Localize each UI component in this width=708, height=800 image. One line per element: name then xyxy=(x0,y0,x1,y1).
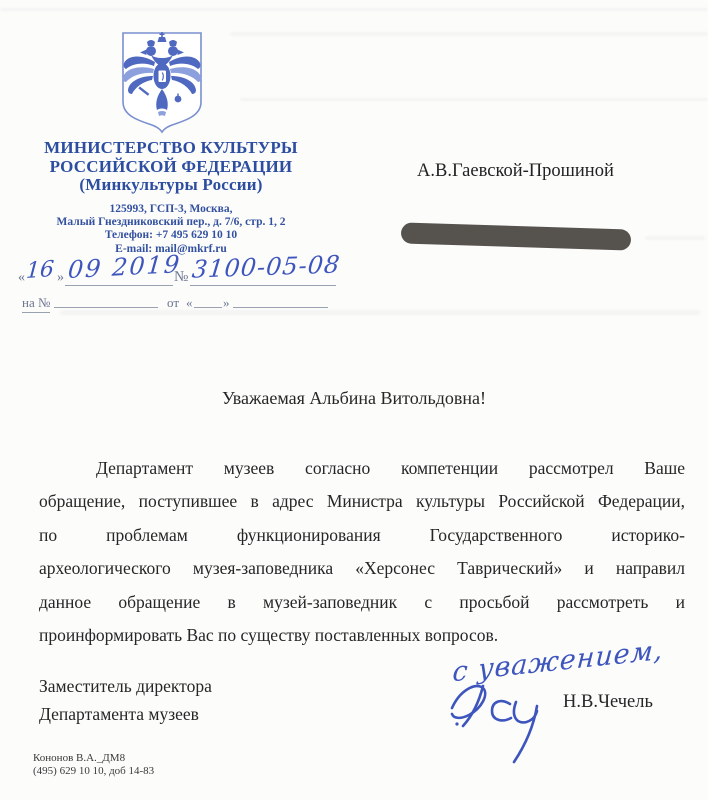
body-line: данное обращение в музей-заповедник с пр… xyxy=(39,586,685,619)
executor-phone: (495) 629 10 10, доб 14-83 xyxy=(33,765,154,778)
date-quote-close: » xyxy=(57,270,64,286)
signer-position: Заместитель директора Департамента музее… xyxy=(39,672,212,728)
reply-date-underline2 xyxy=(233,307,328,308)
handwritten-date-month-year: 09 2019 xyxy=(67,250,183,284)
handwritten-doc-number: 3100-05-08 xyxy=(191,250,342,283)
address-line: 125993, ГСП-3, Москва, xyxy=(16,203,326,216)
body-line: Департамент музеев согласно компетенции … xyxy=(39,452,685,485)
coat-of-arms-icon xyxy=(118,30,206,134)
date-quote-open: « xyxy=(18,270,25,286)
ministry-name-line: (Минкультуры России) xyxy=(16,176,326,195)
executor-info: Кононов В.А._ДМ8 (495) 629 10 10, доб 14… xyxy=(33,752,154,778)
scan-artifact xyxy=(240,98,708,101)
scan-artifact xyxy=(0,8,708,11)
reply-number-underline xyxy=(54,307,158,308)
address-line: Телефон: +7 495 629 10 10 xyxy=(16,229,326,242)
signature-icon xyxy=(438,664,578,768)
letter-body: Департамент музеев согласно компетенции … xyxy=(39,452,685,652)
signer-position-line: Департамента музеев xyxy=(39,700,212,728)
reply-date-underline xyxy=(194,307,222,308)
number-sign: № xyxy=(174,269,188,286)
letterhead-address: 125993, ГСП-3, Москва, Малый Гнездниковс… xyxy=(16,203,326,256)
reply-quote-close: » xyxy=(223,295,230,311)
body-line: по проблемам функционирования Государств… xyxy=(39,519,685,552)
number-underline xyxy=(190,285,336,286)
date-underline xyxy=(65,285,173,286)
reply-quote-open: « xyxy=(186,295,193,311)
scan-artifact xyxy=(230,32,708,36)
recipient-name: А.В.Гаевской-Прошиной xyxy=(417,161,614,182)
salutation: Уважаемая Альбина Витольдовна! xyxy=(0,388,708,409)
executor-name: Кононов В.А._ДМ8 xyxy=(33,752,154,765)
reply-from-label: от xyxy=(167,295,179,311)
address-line: Малый Гнездниковский пер., д. 7/6, стр. … xyxy=(16,216,326,229)
handwritten-date-day: 16 xyxy=(25,257,55,284)
scanned-letter-page: МИНИСТЕРСТВО КУЛЬТУРЫ РОССИЙСКОЙ ФЕДЕРАЦ… xyxy=(0,0,708,800)
date-number-row: « 16 » 09 2019 № 3100-05-08 xyxy=(16,256,350,290)
reply-to-number-label: на № xyxy=(22,295,50,313)
body-line: археологического музея-заповедника «Херс… xyxy=(39,552,685,585)
signer-position-line: Заместитель директора xyxy=(39,672,212,700)
ministry-name-line: РОССИЙСКОЙ ФЕДЕРАЦИИ xyxy=(16,158,326,177)
redaction-bar xyxy=(401,222,632,250)
ministry-name: МИНИСТЕРСТВО КУЛЬТУРЫ РОССИЙСКОЙ ФЕДЕРАЦ… xyxy=(16,139,326,195)
ministry-name-line: МИНИСТЕРСТВО КУЛЬТУРЫ xyxy=(16,139,326,158)
reply-reference-row: на № от « » xyxy=(16,295,376,313)
signer-name: Н.В.Чечель xyxy=(563,692,653,713)
scan-artifact xyxy=(645,236,705,240)
body-line: обращение, поступившее в адрес Министра … xyxy=(39,485,685,518)
